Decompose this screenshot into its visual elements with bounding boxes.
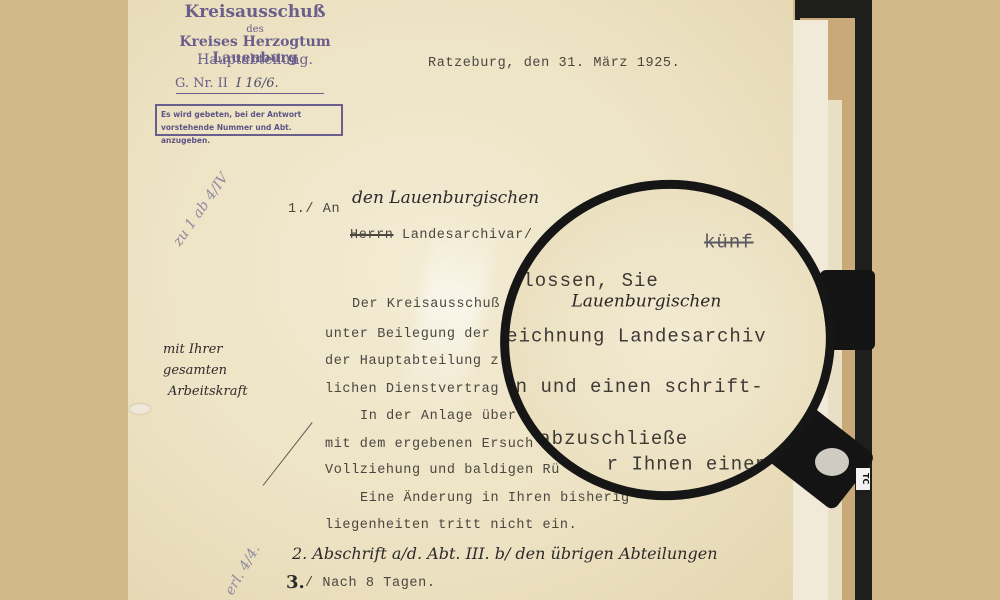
letterhead-title: Kreisausschuß <box>150 2 360 22</box>
body-line: liegenheiten tritt nicht ein. <box>325 518 577 533</box>
magnifier-brand-label: TC <box>856 468 870 490</box>
closing-item-2: 2. Abschrift a/d. Abt. III. b/ den übrig… <box>292 544 718 563</box>
magnified-line: en abzuschließe <box>502 428 688 450</box>
magnified-line: r Ihnen einen V <box>607 454 793 476</box>
magnified-line: en und einen schrift- <box>503 376 763 398</box>
body-line: lichen Dienstvertrag <box>325 382 499 397</box>
magnified-hand-insert: Lauenburgischen <box>571 292 721 312</box>
ink-note-line: mit Ihrer <box>163 342 222 357</box>
reference-label: G. Nr. II <box>175 76 228 91</box>
body-line: der Hauptabteilung z <box>325 354 499 369</box>
body-line: mit dem ergebenen Ersuch <box>325 437 534 452</box>
magnified-struck-word: künf <box>704 232 754 254</box>
magnifier-light-button <box>815 448 849 476</box>
letterhead-abteilung: Hauptabteilung. <box>150 52 360 68</box>
address-struck: Herrn <box>350 228 394 243</box>
reference-number: G. Nr. II I 16/6. <box>175 76 279 91</box>
reference-hand: I 16/6. <box>236 76 279 91</box>
notice-stamp: Es wird gebeten, bei der Antwort vorsteh… <box>155 104 343 136</box>
address-recipient: Landesarchivar/ <box>402 228 533 243</box>
photo-stage: Kreisausschuß des Kreises Herzogtum Laue… <box>0 0 1000 600</box>
dateline: Ratzeburg, den 31. März 1925. <box>428 56 680 71</box>
body-line: unter Beilegung der <box>325 327 490 342</box>
body-line: Vollziehung und baldigen Rü <box>325 463 560 478</box>
magnified-line: eichnung Landesarchiv <box>506 325 766 347</box>
punch-hole <box>130 404 150 414</box>
ink-note-line: Arbeitskraft <box>168 384 248 399</box>
ink-note-line: gesamten <box>163 363 227 378</box>
address-item: 1./ An <box>288 202 340 217</box>
body-line: In der Anlage über <box>360 409 517 424</box>
address-hand-insert: den Lauenburgischen <box>352 188 539 208</box>
reference-underline <box>176 93 324 94</box>
body-line: Eine Änderung in Ihren bisherig <box>360 491 630 506</box>
closing-item-3-num: 3. <box>286 572 305 593</box>
body-line: Der Kreisausschuß <box>352 297 500 312</box>
closing-item-3-text: / Nach 8 Tagen. <box>305 576 436 591</box>
magnified-line: hlossen, Sie <box>510 270 659 292</box>
